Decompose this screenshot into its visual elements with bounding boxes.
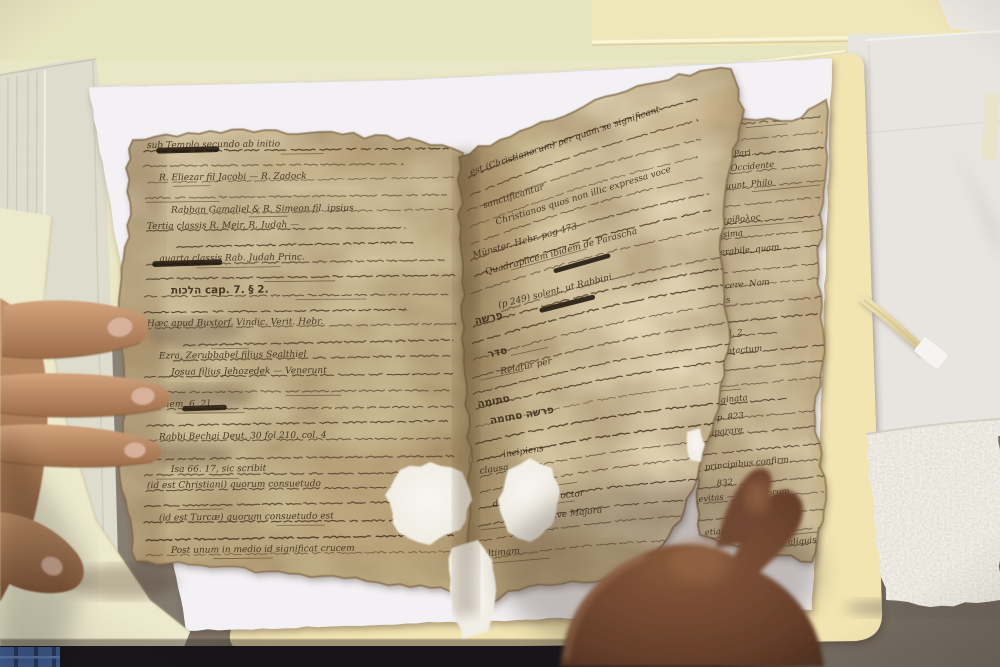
vignette [0,0,1000,667]
photograph: nominis illiusTheologiEd. Pari.Oriente, … [0,0,1000,667]
